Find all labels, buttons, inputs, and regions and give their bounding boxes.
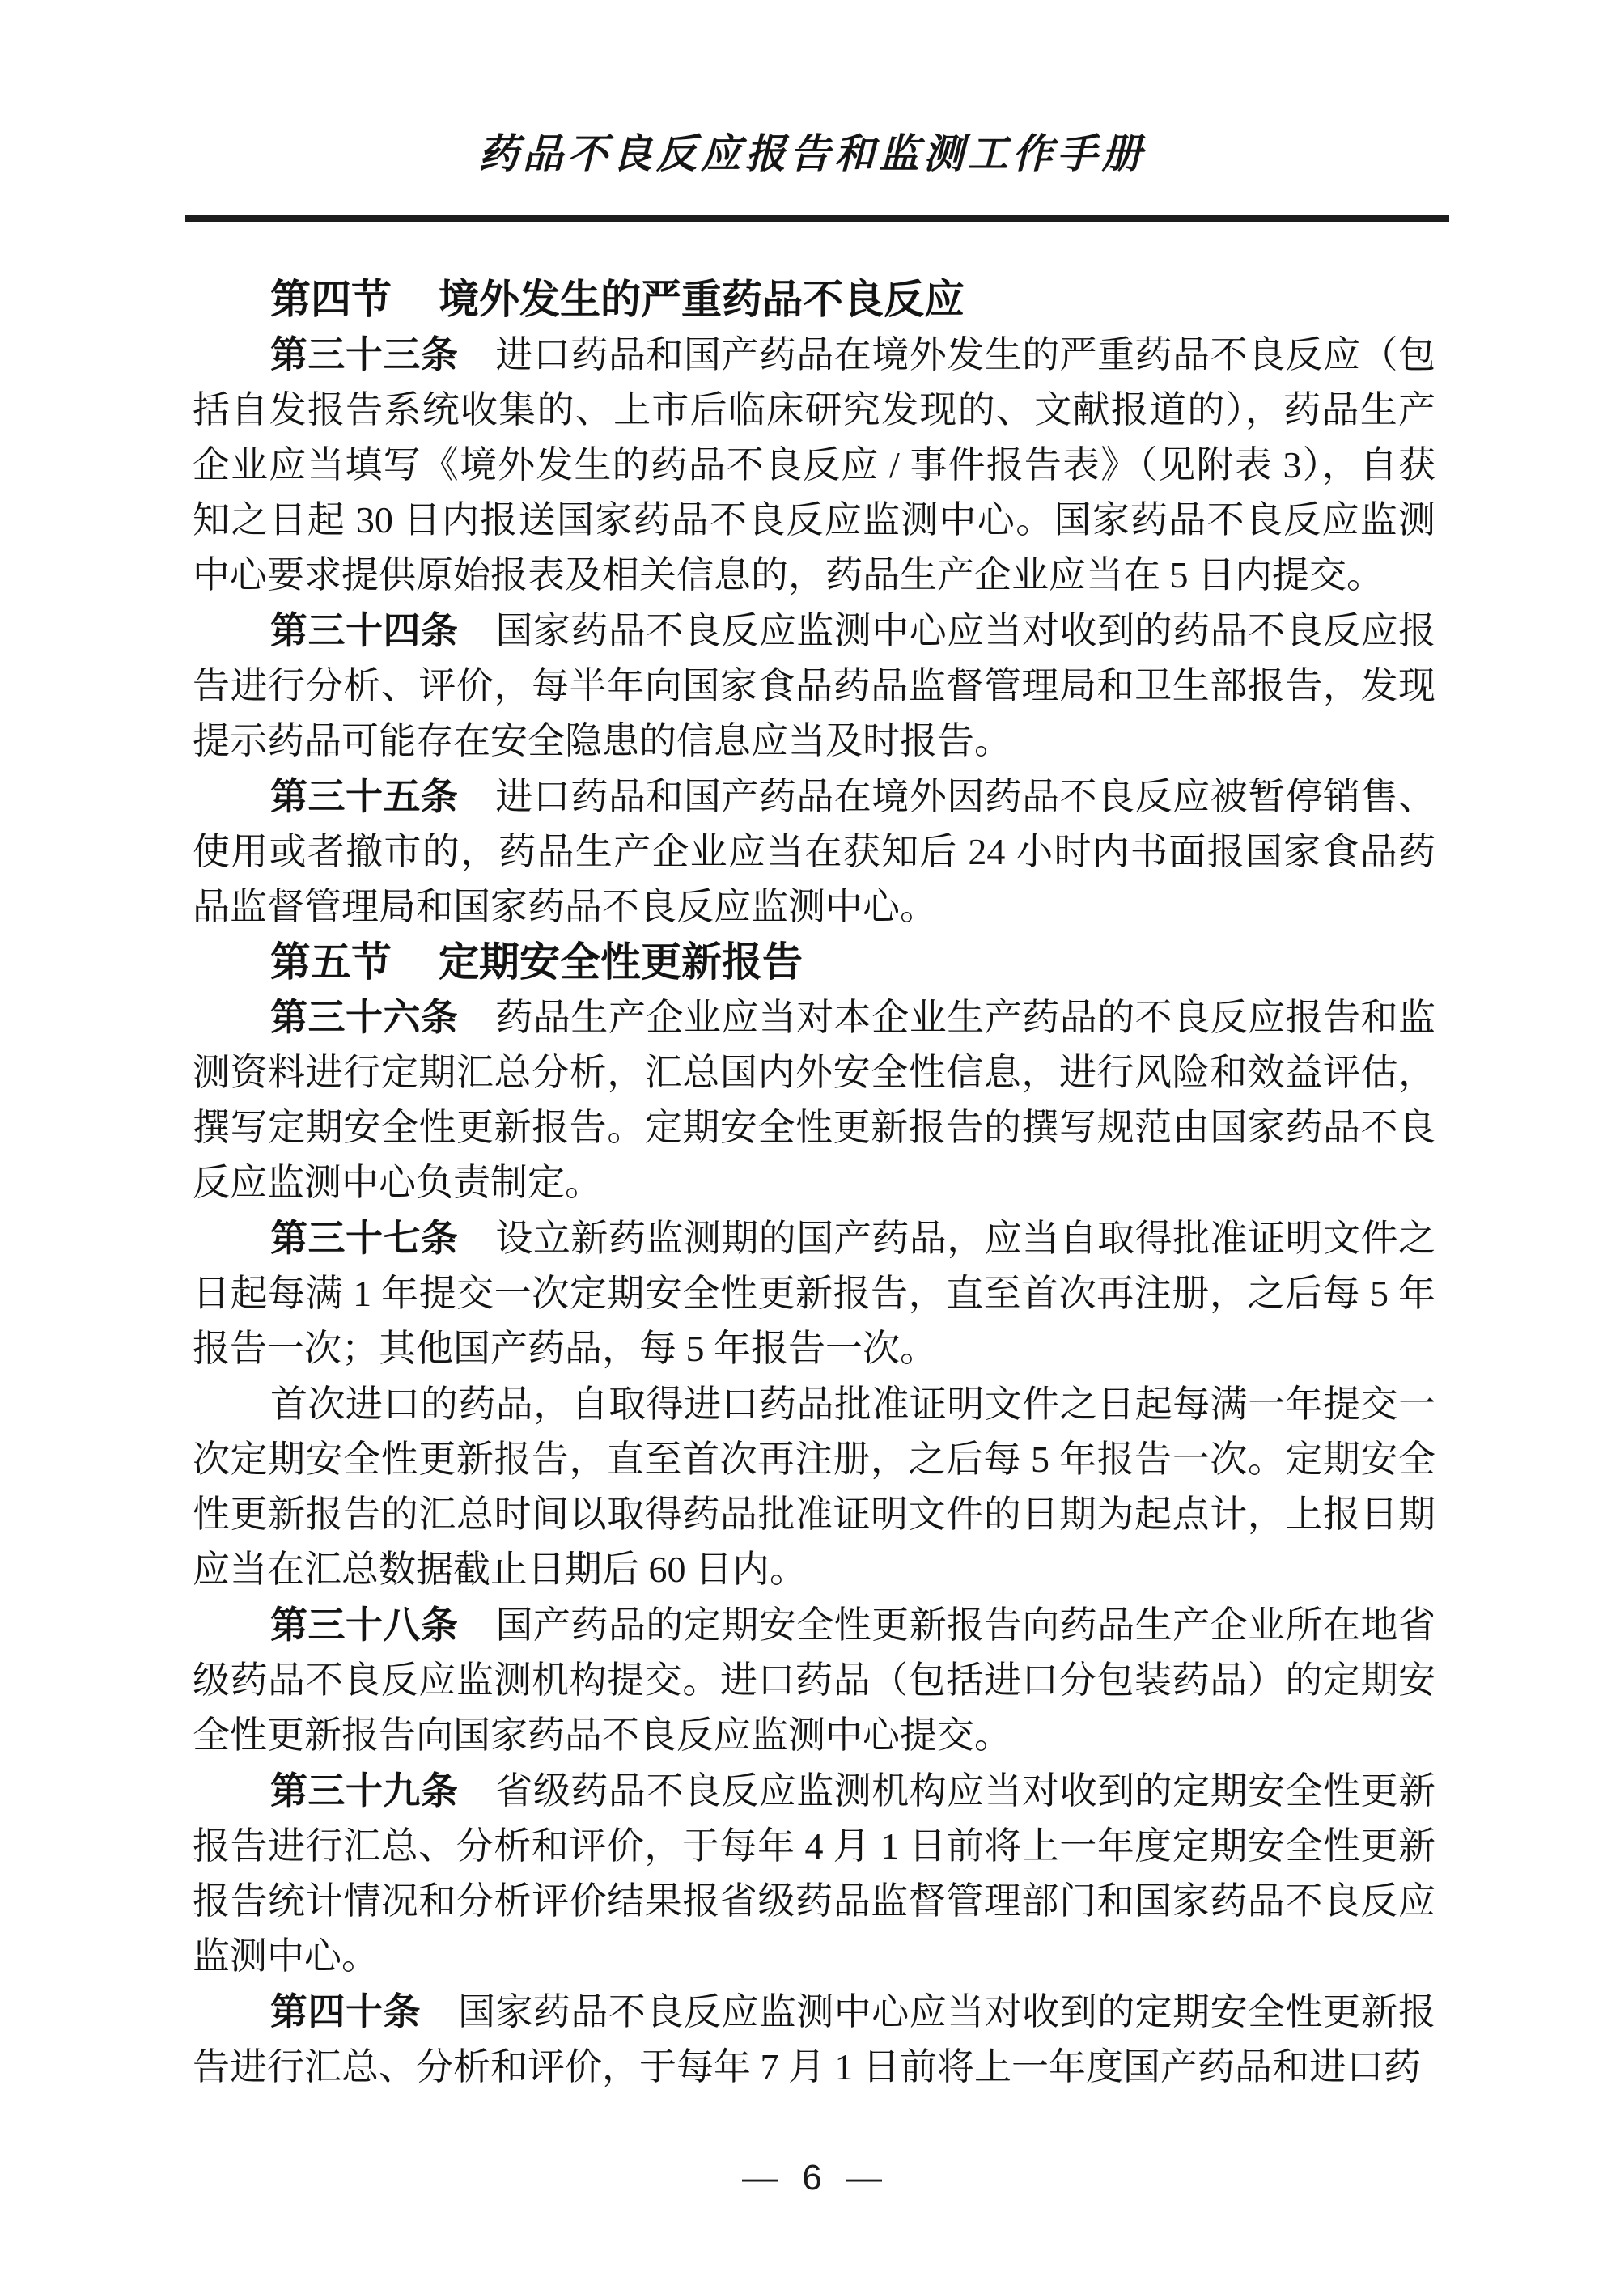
article-38: 第三十八条国产药品的定期安全性更新报告向药品生产企业所在地省级药品不良反应监测机… [193, 1597, 1435, 1763]
running-header-title: 药品不良反应报告和监测工作手册 [0, 129, 1624, 178]
article-34: 第三十四条国家药品不良反应监测中心应当对收到的药品不良反应报告进行分析、评价，每… [193, 603, 1435, 769]
article-37-continued: 首次进口的药品，自取得进口药品批准证明文件之日起每满一年提交一次定期安全性更新报… [193, 1376, 1435, 1597]
article-39: 第三十九条省级药品不良反应监测机构应当对收到的定期安全性更新报告进行汇总、分析和… [193, 1763, 1435, 1984]
section-number: 第四节 [270, 277, 392, 322]
page-content: 第四节境外发生的严重药品不良反应 第三十三条进口药品和国产药品在境外发生的严重药… [193, 272, 1435, 2095]
document-page: 药品不良反应报告和监测工作手册 第四节境外发生的严重药品不良反应 第三十三条进口… [0, 0, 1624, 2293]
article-33-number: 第三十三条 [270, 333, 458, 375]
section-heading: 第四节境外发生的严重药品不良反应 [193, 272, 1435, 327]
article-34-number: 第三十四条 [270, 609, 458, 651]
section-4: 第四节境外发生的严重药品不良反应 第三十三条进口药品和国产药品在境外发生的严重药… [193, 272, 1435, 935]
section-number: 第五节 [270, 939, 392, 985]
article-33: 第三十三条进口药品和国产药品在境外发生的严重药品不良反应（包括自发报告系统收集的… [193, 327, 1435, 603]
article-40: 第四十条国家药品不良反应监测中心应当对收到的定期安全性更新报告进行汇总、分析和评… [193, 1984, 1435, 2095]
page-number: — 6 — [742, 2158, 882, 2198]
page-footer: — 6 — [0, 2155, 1624, 2201]
article-37: 第三十七条设立新药监测期的国产药品，应当自取得批准证明文件之日起每满 1 年提交… [193, 1210, 1435, 1376]
section-heading: 第五节定期安全性更新报告 [193, 935, 1435, 990]
section-title: 定期安全性更新报告 [439, 939, 803, 985]
article-37-continued-text: 首次进口的药品，自取得进口药品批准证明文件之日起每满一年提交一次定期安全性更新报… [193, 1384, 1435, 1590]
article-36-number: 第三十六条 [270, 996, 458, 1038]
section-title: 境外发生的严重药品不良反应 [439, 277, 965, 322]
article-37-number: 第三十七条 [270, 1217, 458, 1259]
article-35: 第三十五条进口药品和国产药品在境外因药品不良反应被暂停销售、使用或者撤市的，药品… [193, 769, 1435, 935]
article-39-number: 第三十九条 [270, 1770, 458, 1812]
article-40-number: 第四十条 [270, 1990, 421, 2032]
section-5: 第五节定期安全性更新报告 第三十六条药品生产企业应当对本企业生产药品的不良反应报… [193, 935, 1435, 2095]
article-35-number: 第三十五条 [270, 775, 458, 817]
article-36: 第三十六条药品生产企业应当对本企业生产药品的不良反应报告和监测资料进行定期汇总分… [193, 990, 1435, 1210]
header-rule [185, 215, 1449, 222]
article-38-number: 第三十八条 [270, 1604, 458, 1646]
